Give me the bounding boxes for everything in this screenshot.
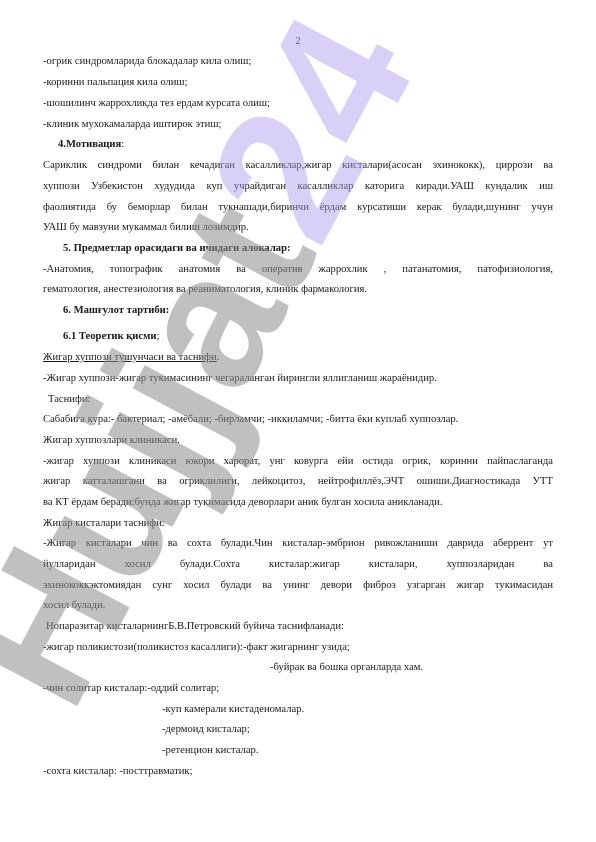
topic-title-suffix: . <box>217 352 220 363</box>
paragraph-line: -Жигар кисталари чин ва сохта булади.Чин… <box>43 538 553 549</box>
heading-text: 4.Мотивация <box>58 139 121 150</box>
paragraph-line: -буйрак ва бошка органларда хам. <box>270 662 423 673</box>
paragraph-line: жигар катталашгани ва огриклилиги, лейко… <box>43 476 553 487</box>
heading-text: 6.1 Теоретик қисми <box>63 331 156 342</box>
paragraph-line: -дермоид кисталар; <box>162 724 250 735</box>
paragraph-line: хуппози Узбекистон худудида куп учрайдиг… <box>43 181 553 192</box>
document-page: 2 -огрик синдромларида блокадалар кила о… <box>0 0 596 842</box>
paragraph-line: йулларидан хосил булади.Сохта кисталар:ж… <box>43 559 553 570</box>
paragraph-line: Жигар хуппозлари клиникаси. <box>43 435 180 446</box>
skill-item: -шошилинч жаррохликда тез ердам курсата … <box>43 98 270 109</box>
heading-suffix: ; <box>156 331 159 342</box>
paragraph-line: -жигар поликистози(поликистоз касаллиги)… <box>43 642 350 653</box>
skill-item: -клиник мухокамаларда иштирок этиш; <box>43 119 221 130</box>
paragraph-line: ва КТ ёрдам беради:бунда жигар тукимасид… <box>43 497 442 508</box>
paragraph-line: -сохта кисталар: -посттравматик; <box>43 766 192 777</box>
paragraph-line: гематология, анестезиология ва реанимато… <box>43 284 367 295</box>
paragraph-line: -Жигар хуппози-жигар тукимасининг чегара… <box>43 373 437 384</box>
subsection-heading-theory: 6.1 Теоретик қисми; <box>63 331 159 342</box>
paragraph-line: эхинококкэктомиядан сунг хосил булади ва… <box>43 580 553 591</box>
skill-item: -коринни пальпация кила олиш; <box>43 77 188 88</box>
paragraph-line: Жигар кисталари таснифи: <box>43 518 165 529</box>
paragraph-line: Нопаразитар кисталарнингБ.В.Петровский б… <box>46 621 344 632</box>
paragraph-line: Сабабига кура:- бактериал; -амёбали; -би… <box>43 414 458 425</box>
paragraph-line: -Анатомия, топографик анатомия ва операт… <box>43 264 553 275</box>
paragraph-line: фаолиятида бу беморлар билан тукнашади,б… <box>43 202 553 213</box>
paragraph-line: -ретенцион кисталар. <box>162 745 259 756</box>
section-heading-relations: 5. Предметлар орасидаги ва ичидаги алока… <box>63 243 291 254</box>
heading-suffix: : <box>121 139 124 150</box>
skill-item: -огрик синдромларида блокадалар кила оли… <box>43 56 251 67</box>
page-number: 2 <box>0 36 596 47</box>
section-heading-motivation: 4.Мотивация: <box>58 139 124 150</box>
topic-title: Жигар хуппози тушунчаси ва таснифи. <box>43 352 219 363</box>
paragraph-line: УАШ бу мавзуни мукаммал билиш лозимдир. <box>43 222 249 233</box>
paragraph-line: хосил булади. <box>43 600 105 611</box>
paragraph-line: -куп камерали кистаденомалар. <box>162 704 304 715</box>
topic-title-text: Жигар хуппози тушунчаси ва таснифи <box>43 352 217 363</box>
paragraph-line: Таснифи: <box>48 394 90 405</box>
paragraph-line: Сариклик синдроми билан кечадиган касалл… <box>43 160 553 171</box>
paragraph-line: -чин солитар кисталар:-оддий солитар; <box>43 683 219 694</box>
paragraph-line: -жигар хуппози клиникаси юкори харорат, … <box>43 456 553 467</box>
section-heading-schedule: 6. Машғулот тартиби: <box>63 305 169 316</box>
